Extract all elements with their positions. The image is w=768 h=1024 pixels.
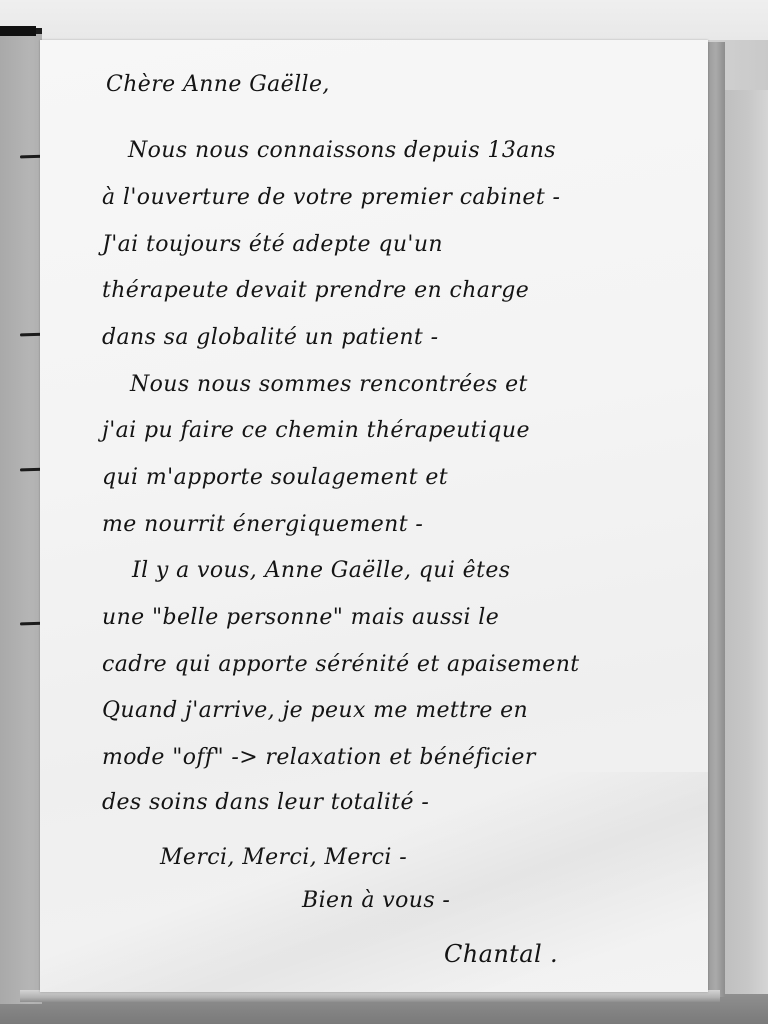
letter-line: qui m'apporte soulagement et (102, 465, 448, 490)
letter-line: mode "off" -> relaxation et bénéficier (102, 745, 536, 770)
letter-line: une "belle personne" mais aussi le (102, 605, 499, 630)
letter-line: à l'ouverture de votre premier cabinet - (102, 185, 560, 210)
letter-line: Il y a vous, Anne Gaëlle, qui êtes (132, 558, 510, 583)
background-top (0, 0, 768, 40)
letter-line: des soins dans leur totalité - (102, 790, 429, 815)
letter-closing: Bien à vous - (302, 888, 450, 913)
letter-line: J'ai toujours été adepte qu'un (102, 232, 443, 257)
letter-line: Quand j'arrive, je peux me mettre en (102, 698, 528, 723)
notebook-cover-spine (0, 28, 42, 1004)
letter-line: Nous nous sommes rencontrées et (130, 372, 528, 397)
letter-salutation: Chère Anne Gaëlle, (106, 72, 330, 97)
letter-line: dans sa globalité un patient - (102, 325, 438, 350)
letter-line: j'ai pu faire ce chemin thérapeutique (102, 418, 530, 443)
cover-corner (0, 26, 36, 36)
letter-thanks: Merci, Merci, Merci - (160, 845, 407, 870)
handwritten-letter: Chère Anne Gaëlle, Nous nous connaissons… (40, 40, 708, 992)
letter-line: me nourrit énergiquement - (102, 512, 423, 537)
page-stack-edge-right (706, 42, 725, 997)
letter-line: Nous nous connaissons depuis 13ans (128, 138, 556, 163)
letter-line: cadre qui apporte sérénité et apaisement (102, 652, 580, 677)
letter-page: Chère Anne Gaëlle, Nous nous connaissons… (40, 40, 708, 992)
background-shadow (718, 90, 768, 1024)
letter-line: thérapeute devait prendre en charge (102, 278, 529, 303)
letter-signature: Chantal . (444, 940, 558, 968)
